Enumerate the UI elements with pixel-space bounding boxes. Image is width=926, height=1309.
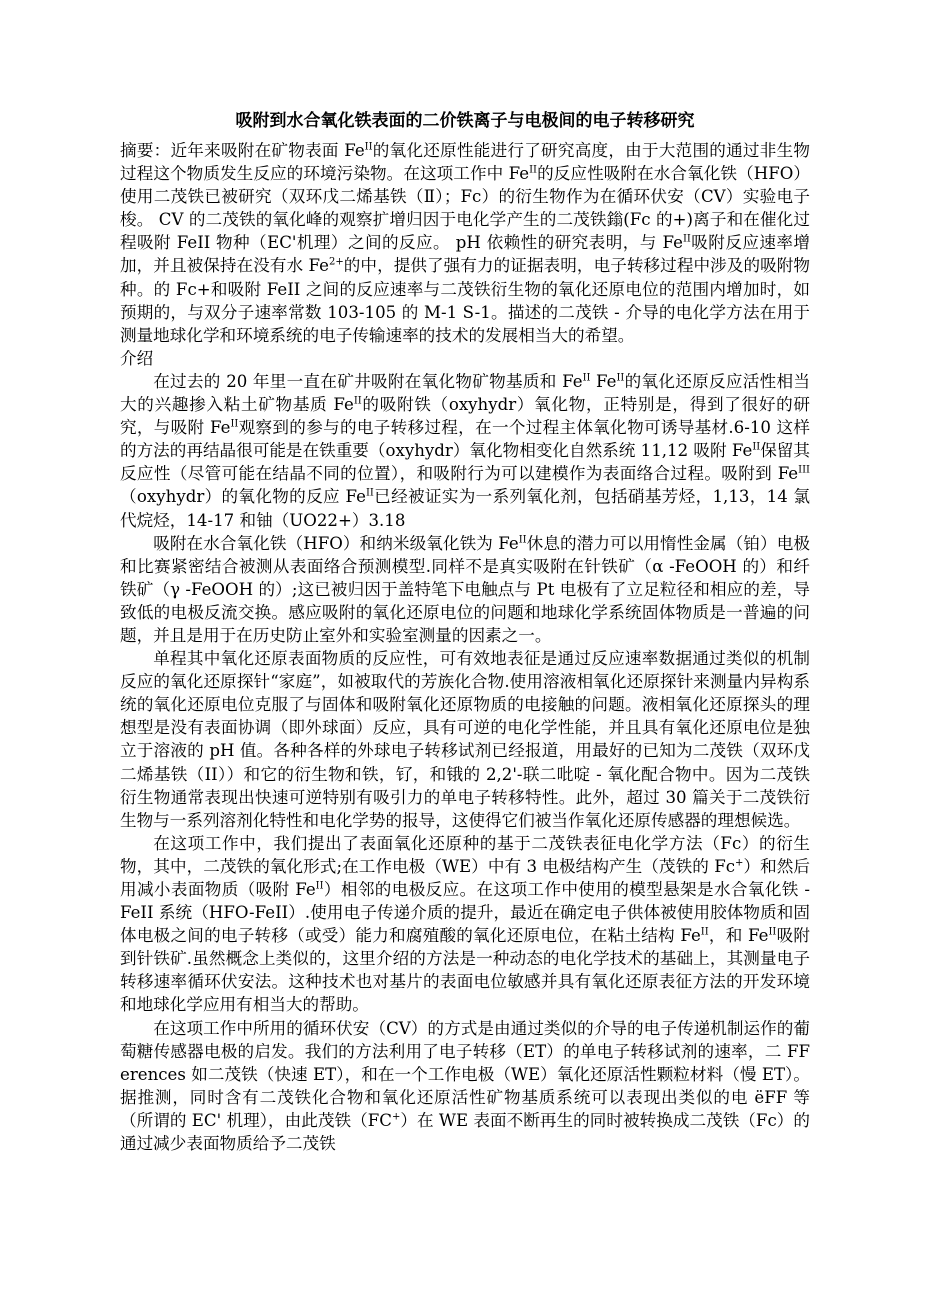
intro-paragraph-5: 在这项工作中所用的循环伏安（CV）的方式是由通过类似的介导的电子传递机制运作的葡…: [120, 1017, 810, 1156]
intro-paragraph-1: 在过去的 20 年里一直在矿井吸附在氧化物矿物基质和 FeII FeII的氧化还…: [120, 370, 810, 532]
intro-paragraph-3: 单程其中氧化还原表面物质的反应性，可有效地表征是通过反应速率数据通过类似的机制反…: [120, 647, 810, 832]
intro-paragraph-4: 在这项工作中，我们提出了表面氧化还原种的基于二茂铁表征电化学方法（Fc）的衍生物…: [120, 832, 810, 1017]
abstract-paragraph: 摘要：近年来吸附在矿物表面 FeII的氧化还原性能进行了研究高度，由于大范围的通…: [120, 139, 810, 347]
section-heading-introduction: 介绍: [120, 347, 810, 370]
document-body: 摘要：近年来吸附在矿物表面 FeII的氧化还原性能进行了研究高度，由于大范围的通…: [120, 139, 810, 1155]
intro-paragraph-2: 吸附在水合氧化铁（HFO）和纳米级氧化铁为 FeII休息的潜力可以用惰性金属（铂…: [120, 532, 810, 647]
paper-title: 吸附到水合氧化铁表面的二价铁离子与电极间的电子转移研究: [120, 110, 810, 133]
document-page: 吸附到水合氧化铁表面的二价铁离子与电极间的电子转移研究 摘要：近年来吸附在矿物表…: [0, 0, 926, 1309]
document-content: 吸附到水合氧化铁表面的二价铁离子与电极间的电子转移研究 摘要：近年来吸附在矿物表…: [120, 110, 810, 1155]
